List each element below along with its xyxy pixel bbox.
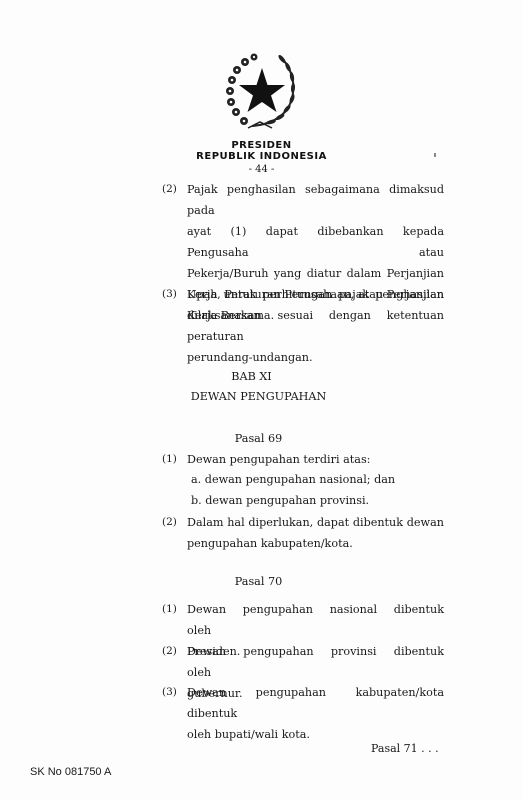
item-line: Dalam hal diperlukan, dapat dibentuk dew… bbox=[187, 512, 444, 533]
header-subtitle: REPUBLIK INDONESIA bbox=[0, 151, 523, 162]
list-item: (3) Upah untuk perhitungan pajak penghas… bbox=[162, 284, 444, 368]
chapter-title: DEWAN PENGUPAHAN bbox=[0, 390, 520, 403]
item-number: (2) bbox=[162, 512, 177, 533]
item-line: perundang-undangan. bbox=[187, 347, 444, 368]
item-line: Dewan pengupahan provinsi dibentuk oleh bbox=[187, 641, 444, 683]
sub-item: a. dewan pengupahan nasional; dan bbox=[191, 473, 395, 486]
item-line: Pajak penghasilan sebagaimana dimaksud p… bbox=[187, 179, 444, 221]
item-number: (2) bbox=[162, 641, 177, 662]
item-line: Dewan pengupahan terdiri atas: bbox=[187, 449, 444, 470]
item-line: Dewan pengupahan nasional dibentuk oleh bbox=[187, 599, 444, 641]
list-item: (1) Dewan pengupahan terdiri atas: bbox=[162, 449, 444, 470]
item-line: dilaksanakan sesuai dengan ketentuan per… bbox=[187, 305, 444, 347]
presidential-seal-icon bbox=[222, 50, 300, 132]
item-line: pengupahan kabupaten/kota. bbox=[187, 533, 444, 554]
list-item: (3) Dewan pengupahan kabupaten/kota dibe… bbox=[162, 682, 444, 745]
sub-item: b. dewan pengupahan provinsi. bbox=[191, 494, 369, 507]
item-number: (1) bbox=[162, 599, 177, 620]
item-number: (3) bbox=[162, 284, 177, 305]
header-title: PRESIDEN bbox=[0, 140, 523, 151]
page-number: - 44 - bbox=[0, 164, 523, 175]
item-number: (2) bbox=[162, 179, 177, 200]
item-line: Upah untuk perhitungan pajak penghasilan bbox=[187, 284, 444, 305]
item-line: ayat (1) dapat dibebankan kepada Pengusa… bbox=[187, 221, 444, 263]
pasal-69-title: Pasal 69 bbox=[0, 432, 520, 445]
document-code: SK No 081750 A bbox=[30, 766, 111, 778]
item-number: (1) bbox=[162, 449, 177, 470]
list-item: (2) Dalam hal diperlukan, dapat dibentuk… bbox=[162, 512, 444, 554]
item-line: Dewan pengupahan kabupaten/kota dibentuk bbox=[187, 682, 444, 724]
scan-speck bbox=[434, 153, 436, 157]
document-page: PRESIDEN REPUBLIK INDONESIA - 44 - (2) P… bbox=[0, 0, 523, 800]
chapter-number: BAB XI bbox=[0, 370, 513, 383]
item-number: (3) bbox=[162, 682, 177, 703]
next-page-marker: Pasal 71 . . . bbox=[371, 742, 439, 755]
pasal-70-title: Pasal 70 bbox=[0, 575, 520, 588]
item-line: Pekerja/Buruh yang diatur dalam Perjanji… bbox=[187, 263, 444, 284]
